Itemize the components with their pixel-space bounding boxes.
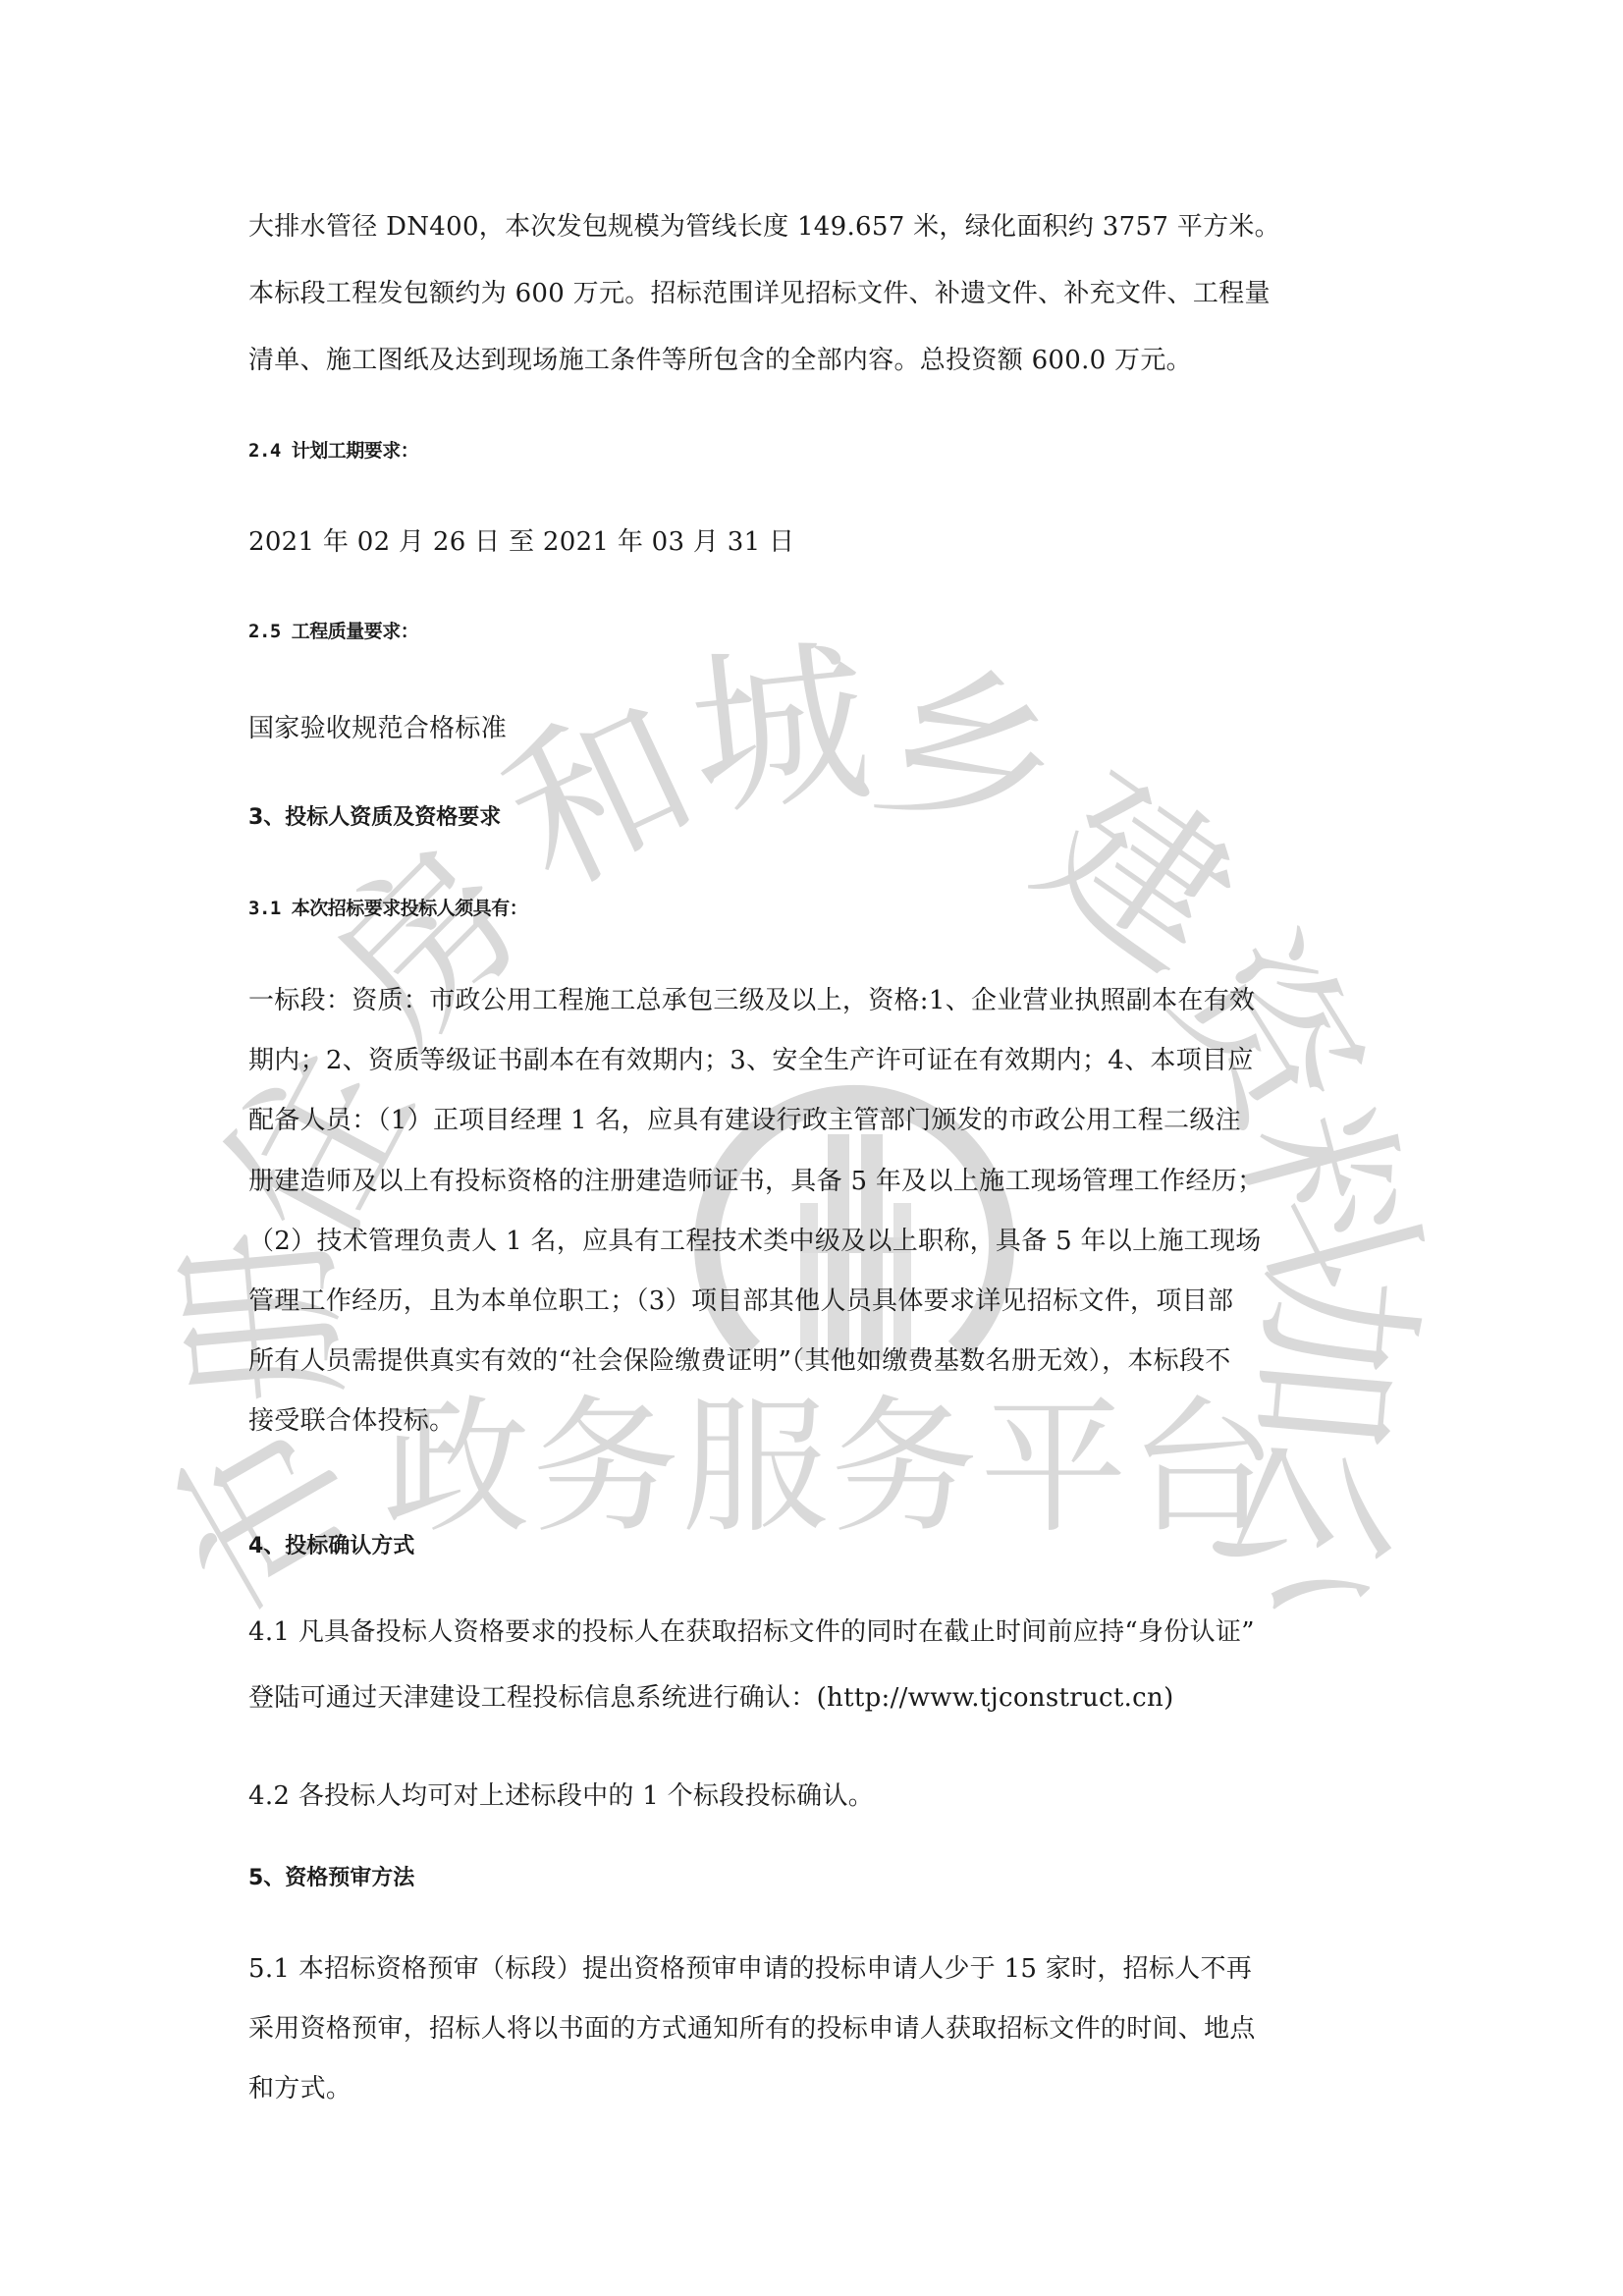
paragraph-line: 所有人员需提供真实有效的“社会保险缴费证明”（其他如缴费基数名册无效），本标段不: [248, 1333, 1387, 1390]
paragraph-line: 配备人员：（1）正项目经理 1 名，应具有建设行政主管部门颁发的市政公用工程二级…: [248, 1092, 1387, 1149]
paragraph-line: 清单、施工图纸及达到现场施工条件等所包含的全部内容。总投资额 600.0 万元。: [248, 332, 1387, 389]
document-page: 住 房 和 城 乡 建 资 料 加 公 册 市 政务服务平台 大排水管径 DN4…: [0, 0, 1623, 2296]
watermark-char: 建: [1004, 749, 1265, 1010]
section-heading-2-4: 2.4 计划工期要求：: [248, 436, 418, 463]
paragraph-line: 和方式。: [248, 2060, 1387, 2117]
paragraph-line: 册建造师及以上有投标资格的注册建造师证书，具备 5 年及以上施工现场管理工作经历…: [248, 1153, 1387, 1210]
paragraph-line: 4.1 凡具备投标人资格要求的投标人在获取招标文件的同时在截止时间前应持“身份认…: [248, 1604, 1387, 1661]
paragraph-line: 管理工作经历，且为本单位职工；（3）项目部其他人员具体要求详见招标文件，项目部: [248, 1273, 1387, 1330]
paragraph-line: （2）技术管理负责人 1 名，应具有工程技术类中级及以上职称，具备 5 年以上施…: [248, 1213, 1387, 1270]
section-heading-3: 3、投标人资质及资格要求: [248, 800, 501, 831]
section-heading-3-1: 3.1 本次招标要求投标人须具有：: [248, 894, 527, 920]
paragraph-line: 大排水管径 DN400，本次发包规模为管线长度 149.657 米，绿化面积约 …: [248, 198, 1387, 255]
paragraph-line: 5.1 本招标资格预审（标段）提出资格预审申请的投标申请人少于 15 家时，招标…: [248, 1941, 1387, 1997]
paragraph-line: 本标段工程发包额约为 600 万元。招标范围详见招标文件、补遗文件、补充文件、工…: [248, 265, 1387, 322]
section-heading-4: 4、投标确认方式: [248, 1529, 414, 1559]
paragraph-line: 接受联合体投标。: [248, 1393, 1387, 1449]
paragraph-line: 采用资格预审，招标人将以书面的方式通知所有的投标申请人获取招标文件的时间、地点: [248, 2000, 1387, 2057]
watermark-char: 乡: [853, 647, 1082, 876]
paragraph-line: 一标段：资质：市政公用工程施工总承包三级及以上，资格:1、企业营业执照副本在有效: [248, 972, 1387, 1029]
section-heading-5: 5、资格预审方法: [248, 1861, 414, 1891]
schedule-value: 2021 年 02 月 26 日 至 2021 年 03 月 31 日: [248, 514, 1387, 571]
quality-value: 国家验收规范合格标准: [248, 700, 1387, 757]
paragraph-line: 期内；2、资质等级证书副本在有效期内；3、安全生产许可证在有效期内；4、本项目应: [248, 1032, 1387, 1089]
paragraph-line: 登陆可通过天津建设工程投标信息系统进行确认：(http://www.tjcons…: [248, 1669, 1387, 1726]
section-heading-2-5: 2.5 工程质量要求：: [248, 617, 418, 643]
paragraph-line: 4.2 各投标人均可对上述标段中的 1 个标段投标确认。: [248, 1768, 1387, 1825]
